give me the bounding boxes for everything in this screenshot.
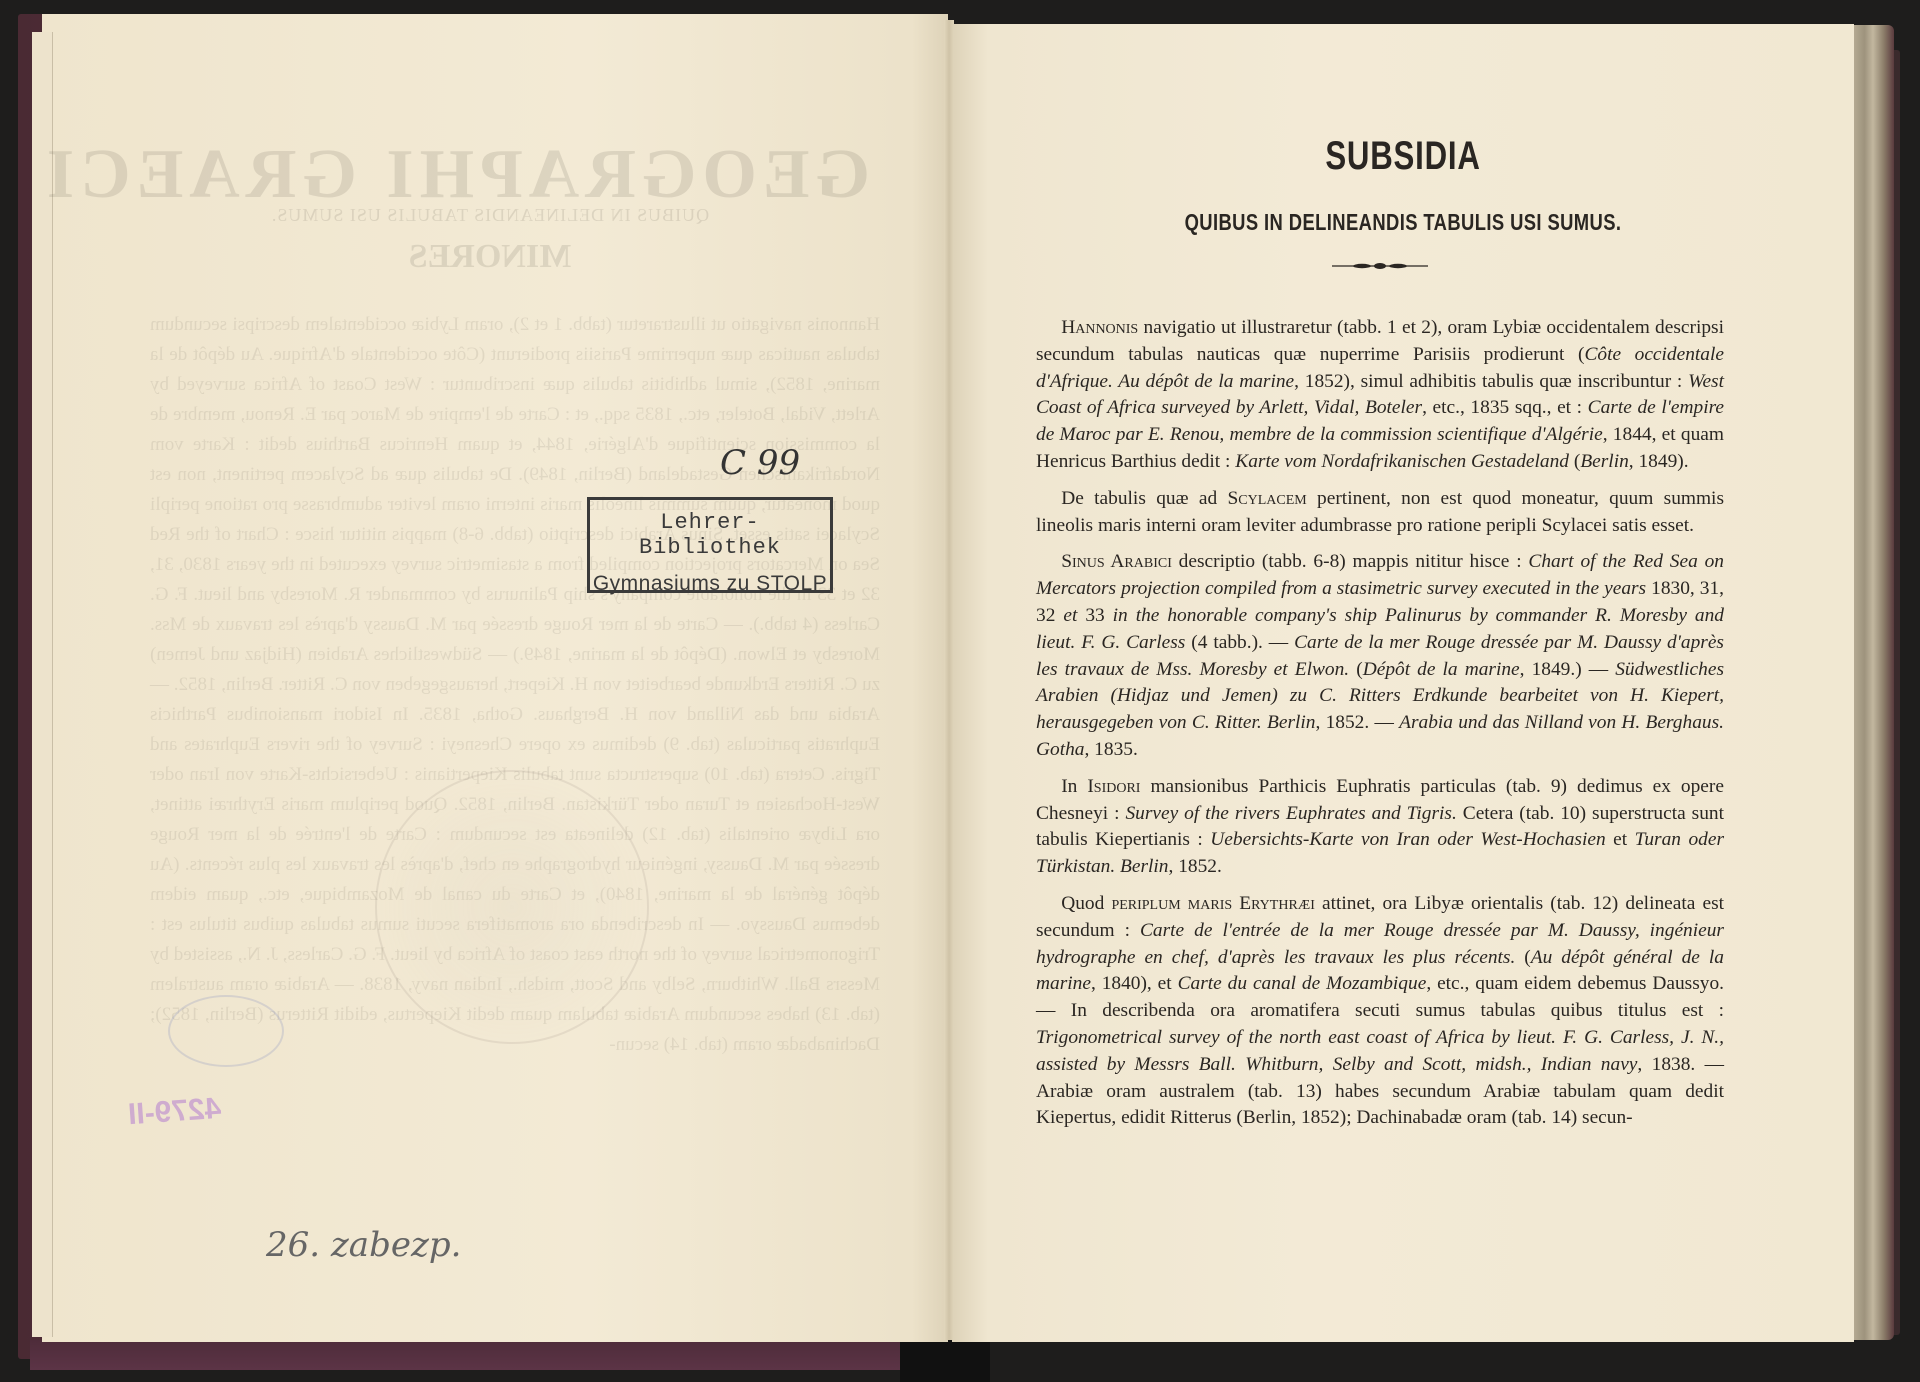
text-segment: et: [1063, 605, 1077, 626]
library-stamp: Lehrer-Bibliothek Gymnasiums zu STOLP: [587, 497, 833, 593]
text-segment: , 1835.: [1084, 739, 1137, 760]
text-segment: Survey of the rivers Euphrates and Tigri…: [1125, 803, 1456, 824]
paragraph: Quod periplum maris Erythræi attinet, or…: [1036, 891, 1724, 1132]
text-segment: , 1852.: [1169, 856, 1222, 877]
text-segment: Berlin: [1580, 451, 1628, 472]
text-segment: (: [1349, 659, 1363, 680]
book-spine: [900, 1340, 990, 1382]
text-segment: (: [1515, 947, 1530, 968]
text-segment: Isidori: [1087, 776, 1140, 797]
text-segment: , 1840), et: [1091, 973, 1178, 994]
book-cover-bottom-edge: [30, 1340, 900, 1370]
ornament-divider-icon: [1332, 262, 1428, 270]
handwritten-shelfmark: C 99: [720, 443, 800, 483]
text-segment: , 1849.) —: [1520, 659, 1616, 680]
show-through-minores: MINORES: [330, 238, 650, 276]
text-segment: et: [1606, 829, 1635, 850]
page-block-edge: [1852, 25, 1894, 1340]
show-through-seal: [375, 770, 649, 1044]
text-segment: , 1852. —: [1315, 712, 1399, 733]
text-segment: Trigonometrical survey of the north east…: [1036, 1027, 1724, 1075]
text-segment: descriptio (tabb. 6-8) mappis nititur hi…: [1172, 551, 1529, 572]
text-segment: 33: [1077, 605, 1112, 626]
flyleaf-edge: [32, 32, 53, 1337]
text-segment: De tabulis quæ ad: [1061, 488, 1227, 509]
page-title: SUBSIDIA: [1051, 134, 1755, 179]
text-segment: Dépôt de la marine: [1363, 659, 1520, 680]
text-segment: (: [1569, 451, 1580, 472]
text-segment: Hannonis: [1061, 317, 1138, 338]
text-segment: Karte vom Nordafrikanischen Gestadeland: [1235, 451, 1569, 472]
text-segment: Scylacem: [1227, 488, 1306, 509]
paragraph: In Isidori mansionibus Parthicis Euphrat…: [1036, 774, 1724, 881]
page-subtitle: QUIBUS IN DELINEANDIS TABULIS USI SUMUS.: [1042, 209, 1764, 236]
text-segment: , 1849).: [1629, 451, 1689, 472]
text-segment: (4 tabb.). —: [1185, 632, 1294, 653]
library-stamp-line1: Lehrer-Bibliothek: [590, 510, 830, 560]
text-segment: , 1852), simul adhibitis tabulis quæ ins…: [1294, 371, 1688, 392]
show-through-subtitle: QUIBUS IN DELINEANDIS TABULIS USI SUMUS.: [200, 205, 780, 226]
gutter-fold: [944, 20, 954, 1340]
paragraph: De tabulis quæ ad Scylacem pertinent, no…: [1036, 486, 1724, 540]
body-text: Hannonis navigatio ut illustraretur (tab…: [1036, 315, 1724, 1142]
show-through-title: GEOGRAPHI GRAECI: [150, 135, 870, 215]
paragraph: Sinus Arabici descriptio (tabb. 6-8) map…: [1036, 549, 1724, 763]
text-segment: Quod: [1061, 893, 1111, 914]
pencil-note: 26. zabezp.: [266, 1225, 461, 1265]
faint-oval-stamp: [168, 995, 284, 1067]
text-segment: Uebersichts-Karte von Iran oder West-Hoc…: [1210, 829, 1605, 850]
paragraph: Hannonis navigatio ut illustraretur (tab…: [1036, 315, 1724, 476]
text-segment: , etc., 1835 sqq., et :: [1422, 397, 1588, 418]
text-segment: Sinus Arabici: [1061, 551, 1172, 572]
text-segment: periplum maris Erythræi: [1111, 893, 1314, 914]
text-segment: In: [1061, 776, 1087, 797]
library-stamp-line2: Gymnasiums zu STOLP: [590, 572, 830, 596]
text-segment: Carte du canal de Mozambique: [1178, 973, 1427, 994]
purple-inventory-number: 4279-II: [127, 1092, 223, 1132]
